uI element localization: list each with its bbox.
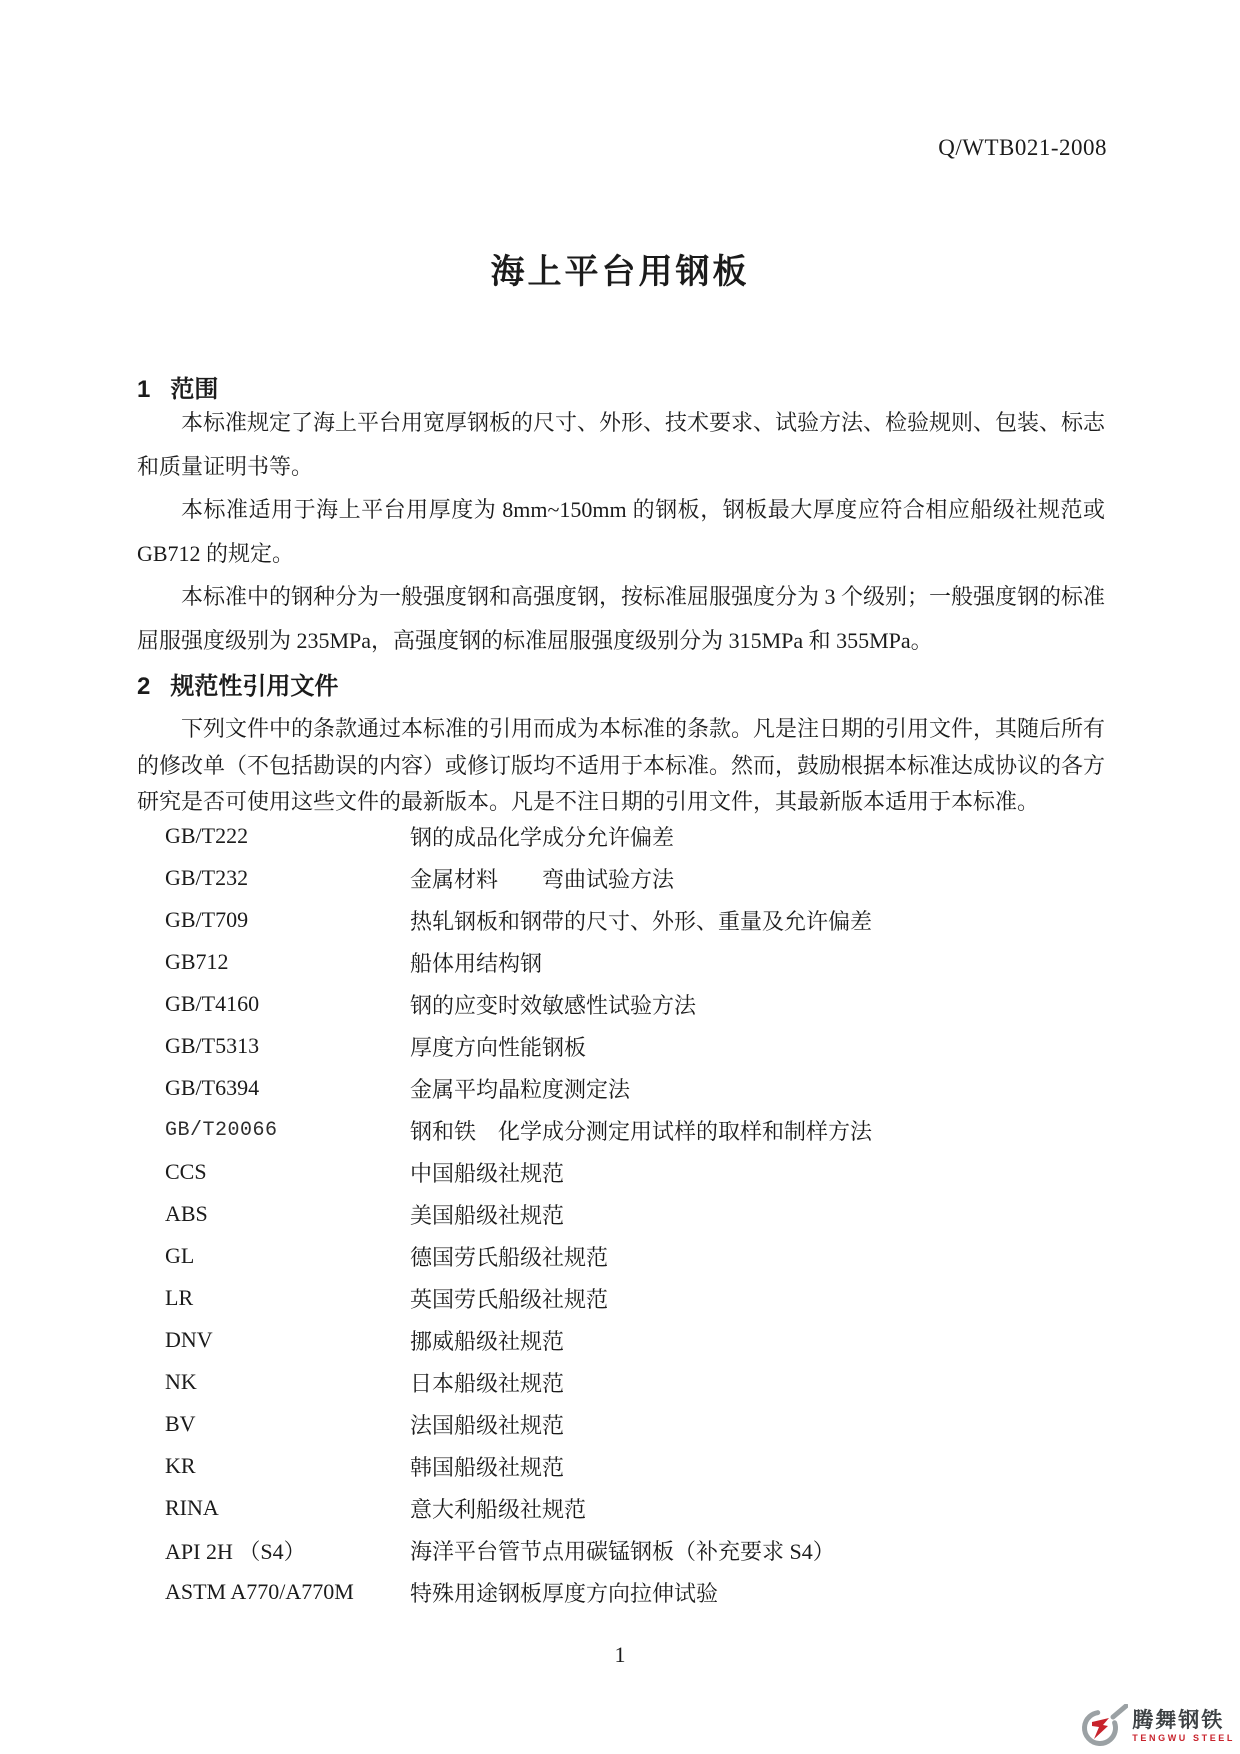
- reference-title: 特殊用途钢板厚度方向拉伸试验: [410, 1577, 1105, 1608]
- reference-row: KR 韩国船级社规范: [165, 1445, 1105, 1487]
- reference-row: RINA 意大利船级社规范: [165, 1487, 1105, 1529]
- reference-code: GB/T20066: [165, 1119, 410, 1142]
- reference-title: 海洋平台管节点用碳锰钢板（补充要求 S4）: [410, 1535, 1105, 1566]
- page-title: 海上平台用钢板: [0, 244, 1240, 293]
- tengwu-swoosh-icon: [1080, 1704, 1128, 1748]
- reference-row: LR 英国劳氏船级社规范: [165, 1277, 1105, 1319]
- reference-row: GB/T232 金属材料 弯曲试验方法: [165, 857, 1105, 899]
- reference-row: API 2H （S4） 海洋平台管节点用碳锰钢板（补充要求 S4）: [165, 1529, 1105, 1571]
- reference-row: GB/T6394 金属平均晶粒度测定法: [165, 1067, 1105, 1109]
- reference-code: ABS: [165, 1201, 410, 1227]
- section-1-title: 范围: [170, 369, 218, 404]
- reference-row: GL 德国劳氏船级社规范: [165, 1235, 1105, 1277]
- reference-row: CCS 中国船级社规范: [165, 1151, 1105, 1193]
- reference-title: 日本船级社规范: [410, 1367, 1105, 1398]
- logo-english-name: TENGWU STEEL: [1132, 1734, 1235, 1743]
- reference-row: GB712 船体用结构钢: [165, 941, 1105, 983]
- reference-code: CCS: [165, 1159, 410, 1185]
- paragraph-scope-3: 本标准中的钢种分为一般强度钢和高强度钢，按标准屈服强度分为 3 个级别；一般强度…: [137, 575, 1105, 662]
- reference-title: 热轧钢板和钢带的尺寸、外形、重量及允许偏差: [410, 905, 1105, 936]
- reference-code: API 2H （S4）: [165, 1535, 410, 1566]
- reference-title: 法国船级社规范: [410, 1409, 1105, 1440]
- reference-title: 德国劳氏船级社规范: [410, 1241, 1105, 1272]
- section-2-heading: 2 规范性引用文件: [137, 666, 338, 701]
- reference-code: GB/T5313: [165, 1033, 410, 1059]
- reference-code: GB/T6394: [165, 1075, 410, 1101]
- reference-title: 意大利船级社规范: [410, 1493, 1105, 1524]
- section-1-heading: 1 范围: [137, 369, 218, 404]
- reference-code: GL: [165, 1243, 410, 1269]
- company-logo: 腾舞钢铁 TENGWU STEEL: [1080, 1704, 1235, 1748]
- reference-title: 中国船级社规范: [410, 1157, 1105, 1188]
- reference-code: NK: [165, 1369, 410, 1395]
- reference-code: GB712: [165, 949, 410, 975]
- document-page: { "page": { "doc_number": "Q/WTB021-2008…: [0, 0, 1240, 1754]
- reference-title: 金属材料 弯曲试验方法: [410, 863, 1105, 894]
- reference-row: NK 日本船级社规范: [165, 1361, 1105, 1403]
- reference-code: LR: [165, 1285, 410, 1311]
- reference-code: RINA: [165, 1495, 410, 1521]
- logo-text: 腾舞钢铁 TENGWU STEEL: [1132, 1710, 1235, 1743]
- paragraph-scope-1: 本标准规定了海上平台用宽厚钢板的尺寸、外形、技术要求、试验方法、检验规则、包装、…: [137, 401, 1105, 488]
- reference-row: ABS 美国船级社规范: [165, 1193, 1105, 1235]
- reference-title: 挪威船级社规范: [410, 1325, 1105, 1356]
- reference-title: 韩国船级社规范: [410, 1451, 1105, 1482]
- doc-number: Q/WTB021-2008: [938, 135, 1107, 161]
- logo-chinese-name: 腾舞钢铁: [1132, 1710, 1235, 1731]
- reference-code: KR: [165, 1453, 410, 1479]
- reference-code: BV: [165, 1411, 410, 1437]
- reference-title: 金属平均晶粒度测定法: [410, 1073, 1105, 1104]
- reference-row: GB/T20066 钢和铁 化学成分测定用试样的取样和制样方法: [165, 1109, 1105, 1151]
- normative-references-intro: 下列文件中的条款通过本标准的引用而成为本标准的条款。凡是注日期的引用文件，其随后…: [137, 711, 1105, 821]
- reference-row: GB/T5313 厚度方向性能钢板: [165, 1025, 1105, 1067]
- reference-code: DNV: [165, 1327, 410, 1353]
- section-1-body: 本标准规定了海上平台用宽厚钢板的尺寸、外形、技术要求、试验方法、检验规则、包装、…: [137, 401, 1105, 662]
- reference-row: BV 法国船级社规范: [165, 1403, 1105, 1445]
- section-1-number: 1: [137, 376, 150, 404]
- reference-code: GB/T232: [165, 865, 410, 891]
- reference-title: 厚度方向性能钢板: [410, 1031, 1105, 1062]
- reference-row: ASTM A770/A770M 特殊用途钢板厚度方向拉伸试验: [165, 1571, 1105, 1613]
- reference-code: ASTM A770/A770M: [165, 1579, 410, 1605]
- reference-title: 钢和铁 化学成分测定用试样的取样和制样方法: [410, 1115, 1105, 1146]
- paragraph-scope-2: 本标准适用于海上平台用厚度为 8mm~150mm 的钢板，钢板最大厚度应符合相应…: [137, 488, 1105, 575]
- section-2-number: 2: [137, 673, 150, 701]
- reference-row: GB/T222 钢的成品化学成分允许偏差: [165, 815, 1105, 857]
- reference-title: 美国船级社规范: [410, 1199, 1105, 1230]
- reference-title: 钢的应变时效敏感性试验方法: [410, 989, 1105, 1020]
- reference-code: GB/T709: [165, 907, 410, 933]
- reference-code: GB/T222: [165, 823, 410, 849]
- page-number: 1: [0, 1642, 1240, 1668]
- reference-row: DNV 挪威船级社规范: [165, 1319, 1105, 1361]
- reference-list: GB/T222 钢的成品化学成分允许偏差 GB/T232 金属材料 弯曲试验方法…: [165, 815, 1105, 1613]
- reference-title: 船体用结构钢: [410, 947, 1105, 978]
- reference-code: GB/T4160: [165, 991, 410, 1017]
- reference-row: GB/T709 热轧钢板和钢带的尺寸、外形、重量及允许偏差: [165, 899, 1105, 941]
- reference-title: 英国劳氏船级社规范: [410, 1283, 1105, 1314]
- reference-row: GB/T4160 钢的应变时效敏感性试验方法: [165, 983, 1105, 1025]
- reference-title: 钢的成品化学成分允许偏差: [410, 821, 1105, 852]
- section-2-title: 规范性引用文件: [170, 666, 338, 701]
